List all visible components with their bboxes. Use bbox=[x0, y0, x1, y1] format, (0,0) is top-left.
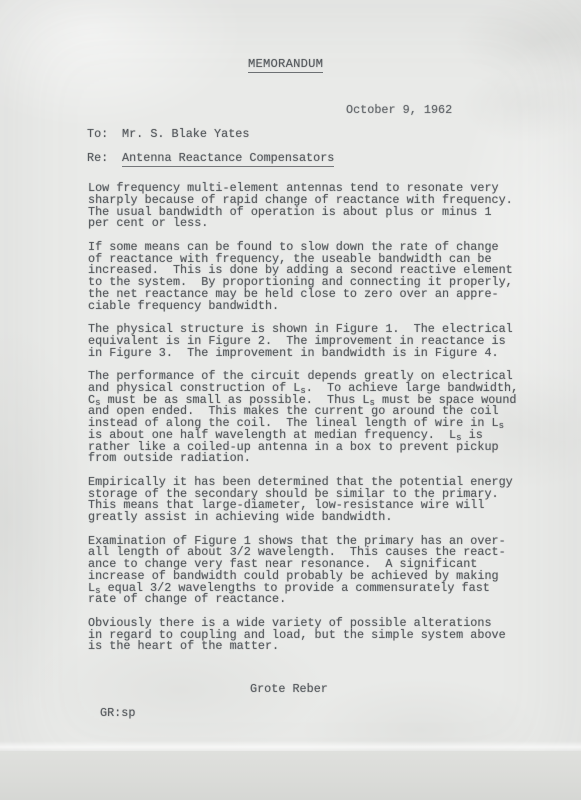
re-label: Re: bbox=[87, 151, 108, 165]
signature-name: Grote Reber bbox=[250, 682, 328, 696]
to-value: Mr. S. Blake Yates bbox=[122, 127, 249, 141]
scanned-memo-page: MEMORANDUM October 9, 1962 To: Mr. S. Bl… bbox=[0, 0, 581, 800]
memo-title: MEMORANDUM bbox=[248, 57, 323, 73]
typist-initials: GR:sp bbox=[100, 706, 135, 720]
memo-paragraph-2: If some means can be found to slow down … bbox=[88, 242, 540, 313]
memo-paragraph-3: The physical structure is shown in Figur… bbox=[88, 324, 540, 359]
to-label: To: bbox=[87, 127, 108, 141]
memo-body: Low frequency multi-element antennas ten… bbox=[88, 183, 540, 665]
scan-artifact-bottom-band bbox=[0, 751, 581, 800]
re-subject: Antenna Reactance Compensators bbox=[122, 151, 334, 167]
memo-paragraph-1: Low frequency multi-element antennas ten… bbox=[88, 183, 540, 230]
memo-paragraph-4: The performance of the circuit depends g… bbox=[88, 371, 540, 465]
memo-date: October 9, 1962 bbox=[346, 103, 452, 117]
memo-paragraph-5: Empirically it has been determined that … bbox=[88, 477, 540, 524]
scan-artifact-seam bbox=[0, 741, 581, 752]
memo-paragraph-7: Obviously there is a wide variety of pos… bbox=[88, 618, 540, 653]
memo-paragraph-6: Examination of Figure 1 shows that the p… bbox=[88, 536, 540, 607]
